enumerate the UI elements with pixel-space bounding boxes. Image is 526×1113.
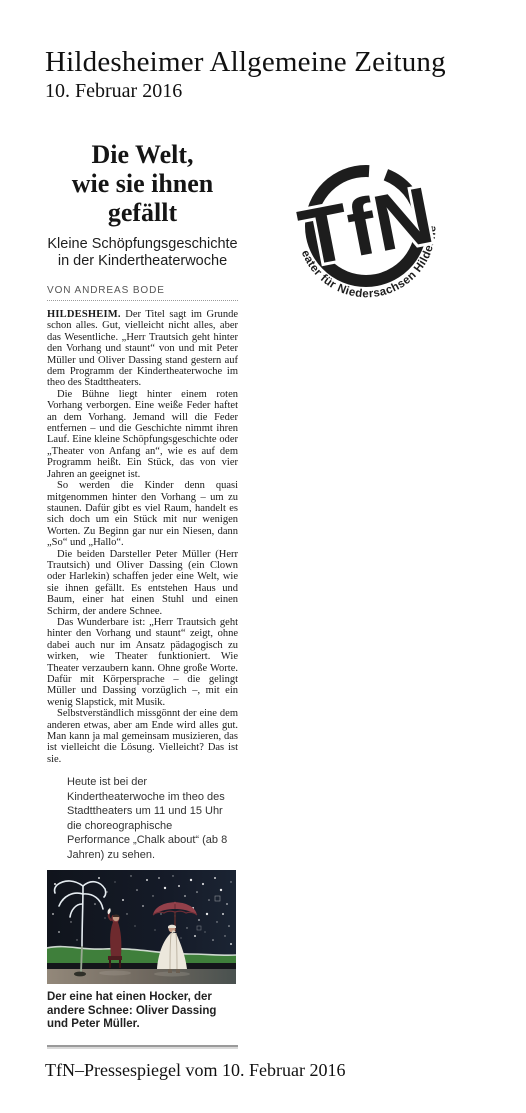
- article-paragraph: Selbstverständlich missgönnt der eine de…: [47, 708, 238, 765]
- article-paragraph: Das Wunderbare ist: „Herr Trautsich geht…: [47, 617, 238, 708]
- subtitle-line-1: Kleine Schöpfungsgeschichte: [47, 236, 238, 253]
- pressespiegel-page: Hildesheimer Allgemeine Zeitung 10. Febr…: [0, 0, 526, 1113]
- tfn-stamp-icon: Theater für Niedersachsen Hildesheim TfN: [286, 148, 446, 308]
- headline-line-2: wie sie ihnen: [47, 169, 238, 198]
- article-paragraph: So werden die Kinder denn quasi mitgenom…: [47, 480, 238, 548]
- floor-reflection-left: [99, 971, 131, 976]
- event-note: Heute ist bei der Kindertheaterwoche im …: [67, 775, 238, 862]
- tfn-logo: Theater für Niedersachsen Hildesheim TfN: [286, 148, 446, 308]
- subtitle-line-2: in der Kindertheaterwoche: [47, 253, 238, 270]
- article-column: Die Welt, wie sie ihnen gefällt Kleine S…: [47, 140, 238, 1047]
- pressespiegel-footer: TfN–Pressespiegel vom 10. Februar 2016: [45, 1060, 345, 1081]
- article-subtitle: Kleine Schöpfungsgeschichte in der Kinde…: [47, 236, 238, 270]
- article-paragraph: Die beiden Darsteller Peter Müller (Herr…: [47, 549, 238, 617]
- newspaper-title: Hildesheimer Allgemeine Zeitung: [45, 46, 446, 78]
- newspaper-date: 10. Februar 2016: [45, 79, 446, 103]
- article-body: HILDESHEIM. Der Titel sagt im Grunde sch…: [47, 309, 238, 765]
- stage-photo-illustration: [47, 870, 236, 984]
- stage-floor: [47, 969, 236, 984]
- article-headline: Die Welt, wie sie ihnen gefällt: [47, 140, 238, 227]
- masthead: Hildesheimer Allgemeine Zeitung 10. Febr…: [45, 46, 446, 103]
- headline-line-1: Die Welt,: [47, 140, 238, 169]
- article-paragraph: HILDESHEIM. Der Titel sagt im Grunde sch…: [47, 309, 238, 389]
- article-photo: [47, 870, 236, 984]
- stage-edge: [47, 963, 236, 969]
- article-end-rule: [47, 1045, 238, 1047]
- photo-caption: Der eine hat einen Hocker, der andere Sc…: [47, 991, 238, 1032]
- headline-line-3: gefällt: [47, 198, 238, 227]
- article-paragraph: Die Bühne liegt hinter einem roten Vorha…: [47, 389, 238, 480]
- article-byline: VON ANDREAS BODE: [47, 285, 238, 301]
